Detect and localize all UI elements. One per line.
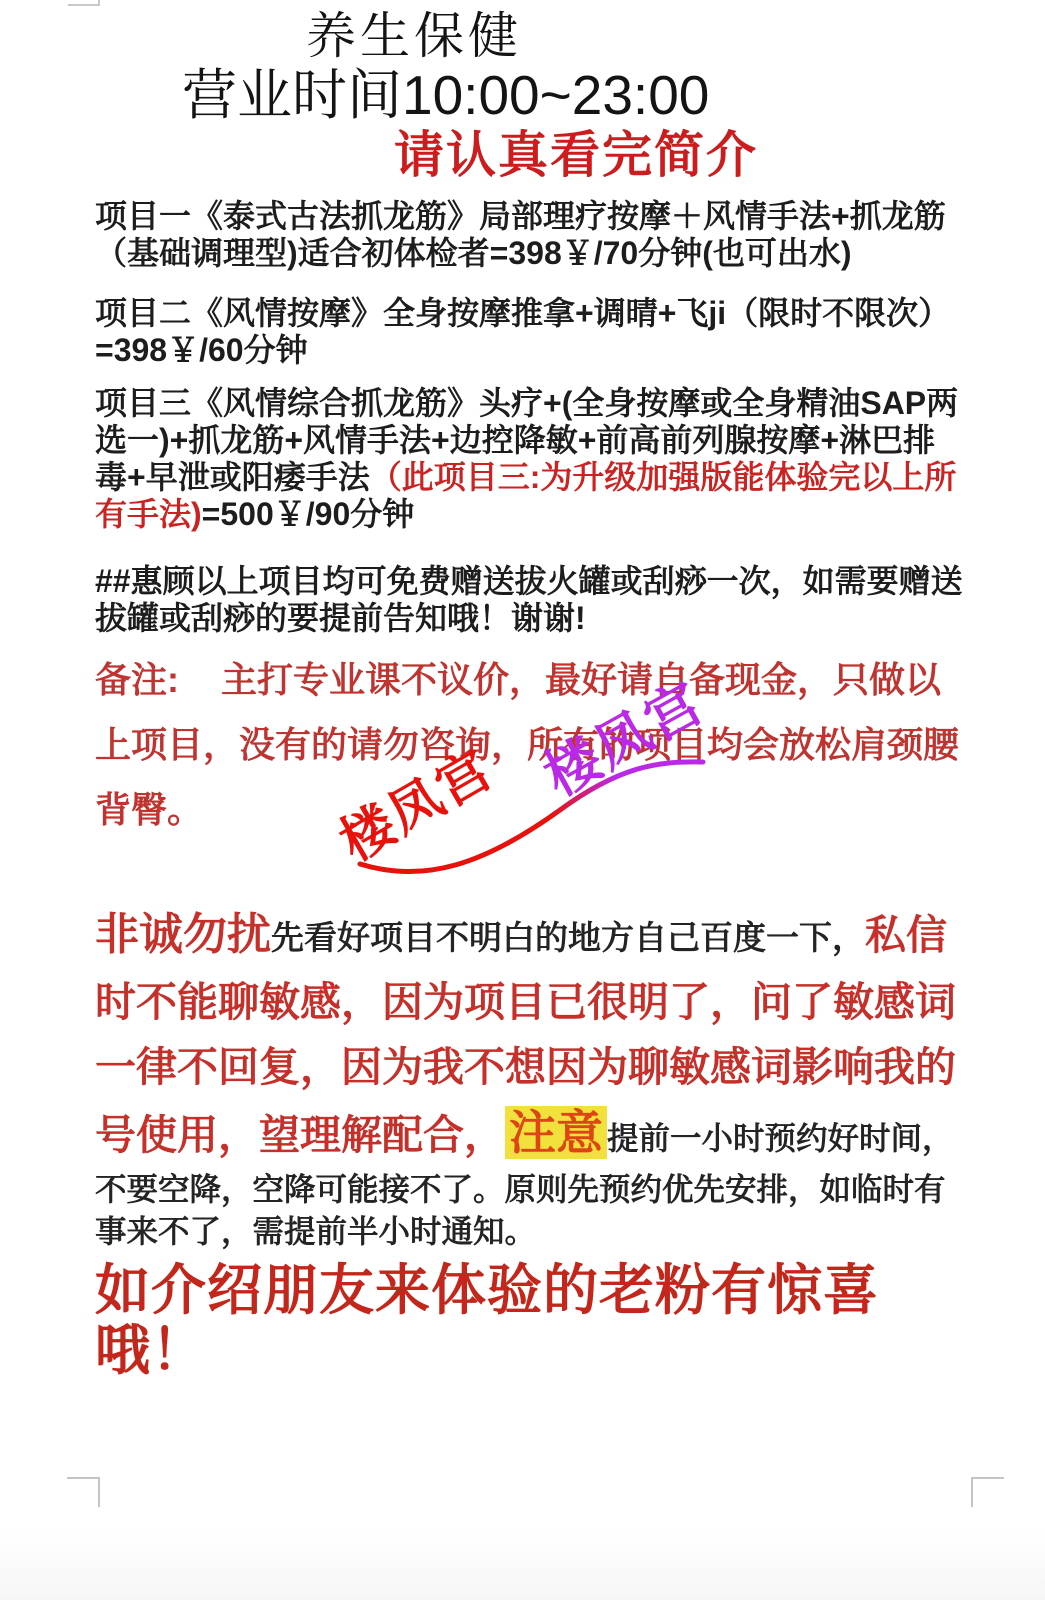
gift-note-text: ##惠顾以上项目均可免费赠送拔火罐或刮痧一次，如需要赠送拔罐或刮痧的要提前告知哦… <box>95 563 963 636</box>
remark-text: 主打专业课不议价，最好请自备现金，只做以上项目，没有的请勿咨询，所有的项目均会放… <box>95 659 959 830</box>
crop-corner-mark-top <box>68 0 100 6</box>
referral-bonus-line: 如介绍朋友来体验的老粉有惊喜哦！ <box>95 1260 967 1380</box>
warning-paragraph: 非诚勿扰先看好项目不明白的地方自己百度一下，私信时不能聊敏感，因为项目已很明了，… <box>95 902 965 1252</box>
crop-corner-mark-bottom-left <box>67 1477 100 1507</box>
gift-note: ##惠顾以上项目均可免费赠送拔火罐或刮痧一次，如需要赠送拔罐或刮痧的要提前告知哦… <box>95 563 963 637</box>
service-item-1: 项目一《泰式古法抓龙筋》局部理疗按摩＋风情手法+抓龙筋（基础调理型)适合初体检者… <box>95 198 963 272</box>
service-item-3: 项目三《风情综合抓龙筋》头疗+(全身按摩或全身精油SAP两选一)+抓龙筋+风情手… <box>95 385 963 533</box>
warning-black-intro: 先看好项目不明白的地方自己百度一下， <box>271 919 865 956</box>
service-item-2: 项目二《风情按摩》全身按摩推拿+调晴+飞ji（限时不限次）=398￥/60分钟 <box>95 295 963 369</box>
poster-page: 养生保健 营业时间10:00~23:00 请认真看完简介 项目一《泰式古法抓龙筋… <box>0 0 1045 1600</box>
read-intro-headline: 请认真看完简介 <box>394 128 1045 182</box>
service-item-1-text: 项目一《泰式古法抓龙筋》局部理疗按摩＋风情手法+抓龙筋（基础调理型)适合初体检者… <box>95 198 946 271</box>
service-item-2-text: 项目二《风情按摩》全身按摩推拿+调晴+飞ji（限时不限次）=398￥/60分钟 <box>95 295 950 368</box>
service-item-3-price: =500￥/90分钟 <box>202 496 415 532</box>
remark-label: 备注: <box>95 659 179 700</box>
page-title: 养生保健 <box>306 0 1045 64</box>
notice-highlight: 注意 <box>505 1106 607 1159</box>
business-hours: 营业时间10:00~23:00 <box>182 64 1045 126</box>
no-sincerity-no-disturb-lead: 非诚勿扰 <box>95 910 271 959</box>
crop-corner-mark-bottom-right <box>971 1477 1004 1507</box>
